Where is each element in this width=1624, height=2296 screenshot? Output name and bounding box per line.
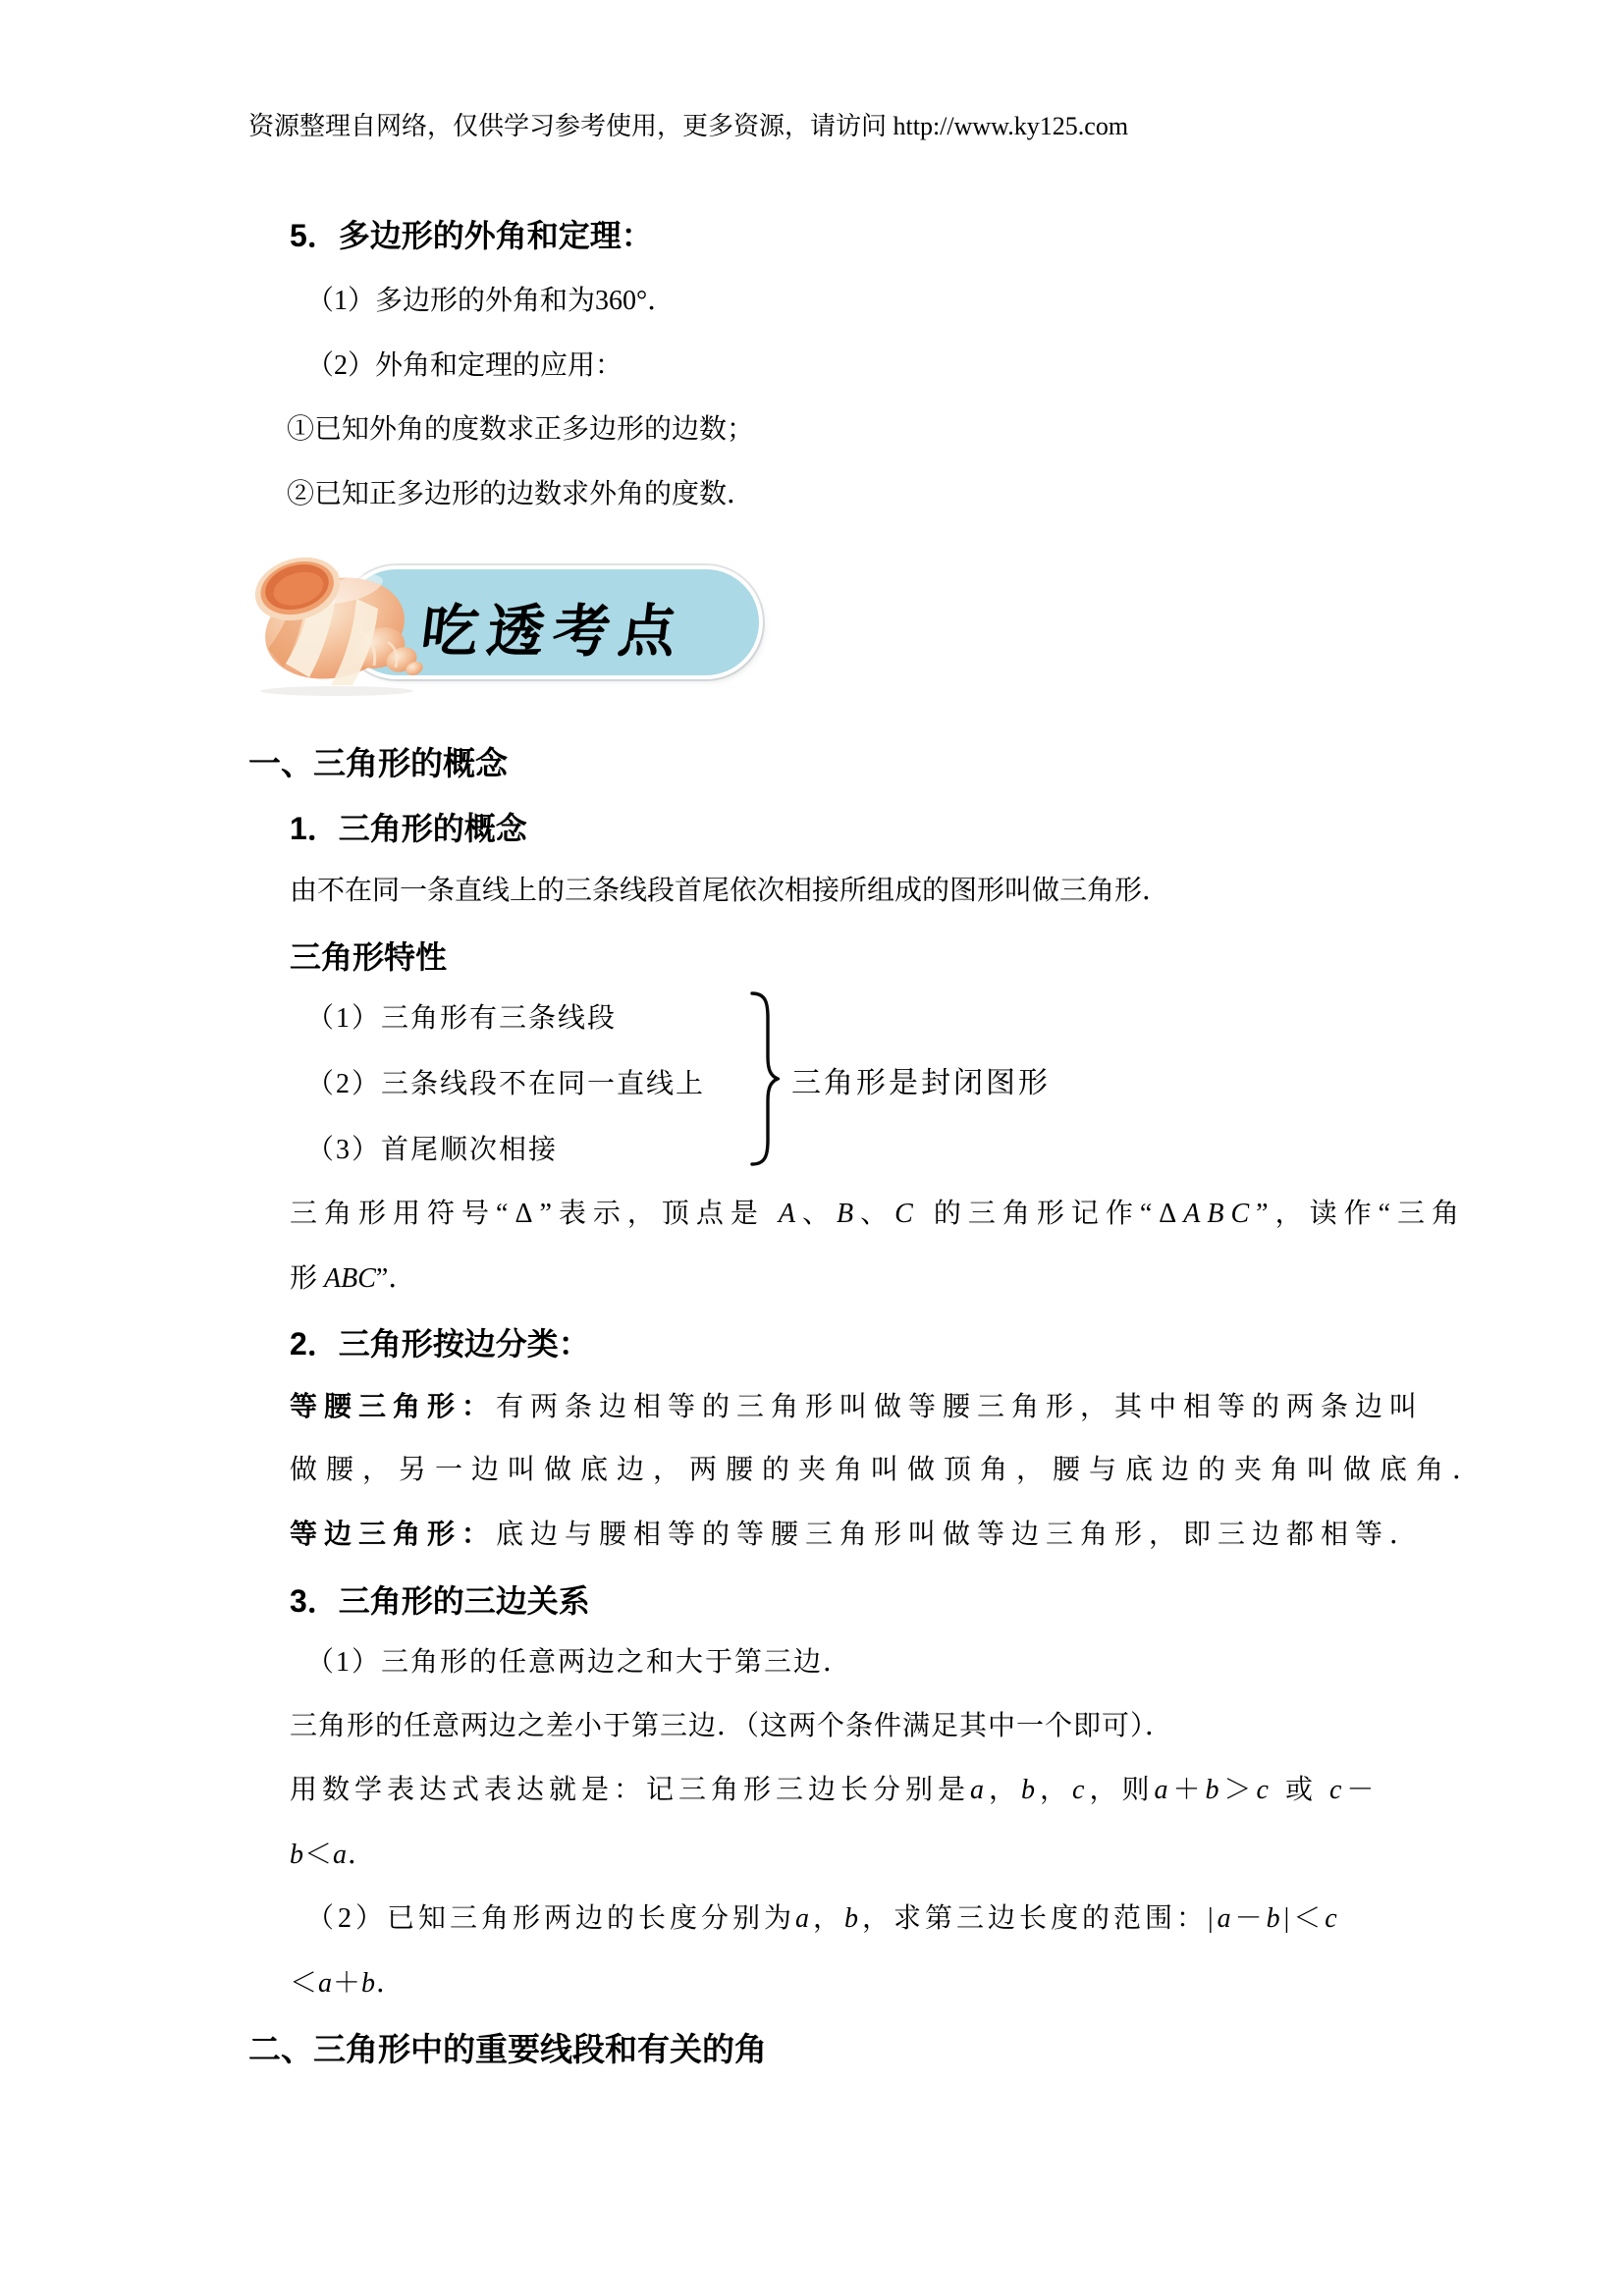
text-run: （2）三条线段不在同一直线上 bbox=[306, 1069, 705, 1099]
text-run: ”，读作“三角 bbox=[1256, 1199, 1466, 1229]
heading-section-one-triangle-concept: 一、三角形的概念 bbox=[248, 743, 508, 786]
text-run: （2）外角和定理的应用： bbox=[306, 350, 623, 381]
text-run: 或 bbox=[1273, 1775, 1329, 1805]
text-run: 3．三角形的三边关系 bbox=[290, 1583, 590, 1619]
header-note: 资源整理自网络，仅供学习参考使用，更多资源，请访问 http://www.ky1… bbox=[248, 110, 1128, 143]
text-run: ，求第三边长度的范围： bbox=[862, 1903, 1208, 1934]
item-not-collinear: （2）三条线段不在同一直线上 bbox=[306, 1067, 705, 1102]
text-run: （1）多边形的外角和为 bbox=[306, 286, 595, 316]
text-run: ， bbox=[1040, 1775, 1072, 1805]
text-run: c bbox=[1257, 1775, 1273, 1805]
text-run: b bbox=[844, 1903, 862, 1934]
text-run: － bbox=[1235, 1903, 1267, 1934]
text-run: ”表示，顶点是 bbox=[539, 1199, 778, 1229]
text-run: 等边三角形： bbox=[290, 1519, 496, 1549]
item-exterior-angle-sum: （1）多边形的外角和为360°． bbox=[306, 284, 675, 319]
item-third-side-range-line2: ＜a＋b． bbox=[290, 1966, 405, 2002]
heading-section-two-important-segments: 二、三角形中的重要线段和有关的角 bbox=[248, 2029, 767, 2072]
text-run: ． bbox=[647, 286, 675, 316]
text-run: b bbox=[1267, 1903, 1284, 1934]
text-run: 三角形用符号“ bbox=[290, 1199, 514, 1229]
text-run: A bbox=[779, 1199, 802, 1229]
text-run: ＋ bbox=[333, 1968, 361, 1999]
text-run: 三角形特性 bbox=[290, 939, 447, 975]
text-run: 三角形的任意两边之差小于第三边．（这两个条件满足其中一个即可）． bbox=[290, 1711, 1173, 1741]
text-run: － bbox=[1346, 1775, 1379, 1805]
text-run: 、 bbox=[860, 1199, 894, 1229]
text-run: B bbox=[837, 1199, 860, 1229]
heading-triangle-properties: 三角形特性 bbox=[290, 937, 447, 979]
text-run: 底边与腰相等的等腰三角形叫做等边三角形，即三边都相等． bbox=[496, 1520, 1424, 1550]
text-run: 形 bbox=[290, 1263, 324, 1294]
para-equilateral: 等边三角形：底边与腰相等的等腰三角形叫做等边三角形，即三边都相等． bbox=[290, 1517, 1424, 1553]
text-run: b bbox=[1206, 1775, 1224, 1805]
heading-2-classification-by-sides: 2．三角形按边分类： bbox=[290, 1324, 590, 1365]
text-run: a bbox=[970, 1775, 989, 1805]
text-run: c bbox=[1325, 1903, 1340, 1934]
text-run: 资源整理自网络，仅供学习参考使用，更多资源，请访问 bbox=[248, 112, 893, 140]
text-run: 有两条边相等的三角形叫做等腰三角形，其中相等的两条边叫 bbox=[496, 1392, 1424, 1422]
text-run: 2．三角形按边分类： bbox=[290, 1326, 590, 1362]
text-run: 一、三角形的概念 bbox=[248, 745, 508, 781]
para-math-expression-line2: b＜a． bbox=[290, 1838, 376, 1873]
text-run: | bbox=[1208, 1903, 1218, 1934]
text-run: Δ bbox=[514, 1199, 539, 1229]
text-run: ＜ bbox=[290, 1968, 318, 1999]
para-isosceles-line2: 做腰，另一边叫做底边，两腰的夹角叫做顶角，腰与底边的夹角叫做底角． bbox=[290, 1453, 1489, 1488]
text-run: 等腰三角形： bbox=[290, 1391, 496, 1421]
heading-polygon-exterior-angle-theorem: 5．多边形的外角和定理： bbox=[290, 216, 653, 257]
right-curly-brace bbox=[748, 991, 780, 1166]
text-run: a bbox=[795, 1903, 813, 1934]
text-run: a bbox=[318, 1968, 333, 1999]
conch-shell-icon bbox=[248, 548, 425, 697]
text-run: 、 bbox=[802, 1199, 837, 1229]
text-run: a bbox=[1218, 1903, 1235, 1934]
text-run: |＜ bbox=[1284, 1903, 1326, 1934]
para-triangle-notation-line2: 形 ABC”． bbox=[290, 1261, 415, 1297]
document-page: 资源整理自网络，仅供学习参考使用，更多资源，请访问 http://www.ky1… bbox=[0, 0, 1624, 2296]
item-circled1-find-sides: ①已知外角的度数求正多边形的边数； bbox=[287, 412, 754, 448]
text-run: ＞ bbox=[1224, 1775, 1257, 1805]
item-three-segments: （1）三角形有三条线段 bbox=[306, 1001, 617, 1037]
key-points-badge: 吃透考点 bbox=[239, 540, 774, 709]
text-run: c bbox=[1329, 1775, 1346, 1805]
text-run: 的三角形记作“ bbox=[920, 1199, 1159, 1229]
para-triangle-definition: 由不在同一条直线上的三条线段首尾依次相接所组成的图形叫做三角形． bbox=[290, 874, 1169, 909]
text-run: 由不在同一条直线上的三条线段首尾依次相接所组成的图形叫做三角形． bbox=[290, 876, 1169, 906]
text-run: ＜ bbox=[304, 1840, 333, 1870]
para-triangle-notation-line1: 三角形用符号“Δ”表示，顶点是 A、B、C 的三角形记作“ΔABC”，读作“三角 bbox=[290, 1197, 1466, 1232]
para-two-sides-difference: 三角形的任意两边之差小于第三边．（这两个条件满足其中一个即可）． bbox=[290, 1709, 1173, 1744]
text-run: 用数学表达式表达就是：记三角形三边长分别是 bbox=[290, 1775, 970, 1805]
heading-1-triangle-concept: 1．三角形的概念 bbox=[290, 809, 527, 850]
heading-3-three-sides-relationship: 3．三角形的三边关系 bbox=[290, 1581, 590, 1623]
text-run: ，则 bbox=[1089, 1775, 1154, 1805]
item-third-side-range-line1: （2）已知三角形两边的长度分别为a，b，求第三边长度的范围：|a－b|＜c bbox=[306, 1901, 1341, 1937]
text-run: a bbox=[333, 1840, 348, 1870]
text-run: ． bbox=[376, 1968, 405, 1999]
text-run: 做腰，另一边叫做底边，两腰的夹角叫做顶角，腰与底边的夹角叫做底角． bbox=[290, 1455, 1489, 1485]
text-run: Δ bbox=[1159, 1199, 1183, 1229]
para-math-expression-line1: 用数学表达式表达就是：记三角形三边长分别是a，b，c，则a＋b＞c 或 c－ bbox=[290, 1773, 1379, 1808]
item-circled2-find-angle: ②已知正多边形的边数求外角的度数． bbox=[287, 477, 754, 512]
text-run: 5．多边形的外角和定理： bbox=[290, 218, 653, 253]
text-run: C bbox=[894, 1199, 920, 1229]
text-run: （1）三角形有三条线段 bbox=[306, 1003, 617, 1034]
text-run: a bbox=[1155, 1775, 1173, 1805]
text-run: ABC bbox=[1183, 1199, 1256, 1229]
text-run: 二、三角形中的重要线段和有关的角 bbox=[248, 2031, 767, 2067]
item-end-to-end: （3）首尾顺次相接 bbox=[306, 1133, 558, 1168]
text-run: ＋ bbox=[1173, 1775, 1206, 1805]
text-run: b bbox=[361, 1968, 376, 1999]
text-run: ． bbox=[348, 1840, 376, 1870]
text-run: ， bbox=[813, 1903, 844, 1934]
text-run: （2）已知三角形两边的长度分别为 bbox=[306, 1903, 795, 1934]
text-run: b bbox=[290, 1840, 304, 1870]
text-run: （1）三角形的任意两边之和大于第三边． bbox=[306, 1647, 852, 1678]
text-run: （3）首尾顺次相接 bbox=[306, 1135, 558, 1165]
text-run: ”． bbox=[376, 1263, 415, 1294]
text-run: ①已知外角的度数求正多边形的边数； bbox=[287, 414, 754, 445]
text-run: ②已知正多边形的边数求外角的度数． bbox=[287, 479, 754, 509]
text-run: 360° bbox=[595, 286, 647, 316]
text-run: b bbox=[1021, 1775, 1040, 1805]
text-run: ， bbox=[989, 1775, 1021, 1805]
text-run: 1．三角形的概念 bbox=[290, 811, 527, 846]
text-run: c bbox=[1072, 1775, 1089, 1805]
item-two-sides-sum: （1）三角形的任意两边之和大于第三边． bbox=[306, 1645, 852, 1681]
text-run: http://www.ky125.com bbox=[893, 112, 1129, 140]
item-exterior-angle-applications: （2）外角和定理的应用： bbox=[306, 348, 623, 384]
badge-label: 吃透考点 bbox=[417, 585, 690, 667]
brace-annotation: 三角形是封闭图形 bbox=[791, 1058, 1051, 1101]
para-isosceles-line1: 等腰三角形：有两条边相等的三角形叫做等腰三角形，其中相等的两条边叫 bbox=[290, 1389, 1424, 1425]
text-run: ABC bbox=[324, 1263, 376, 1294]
